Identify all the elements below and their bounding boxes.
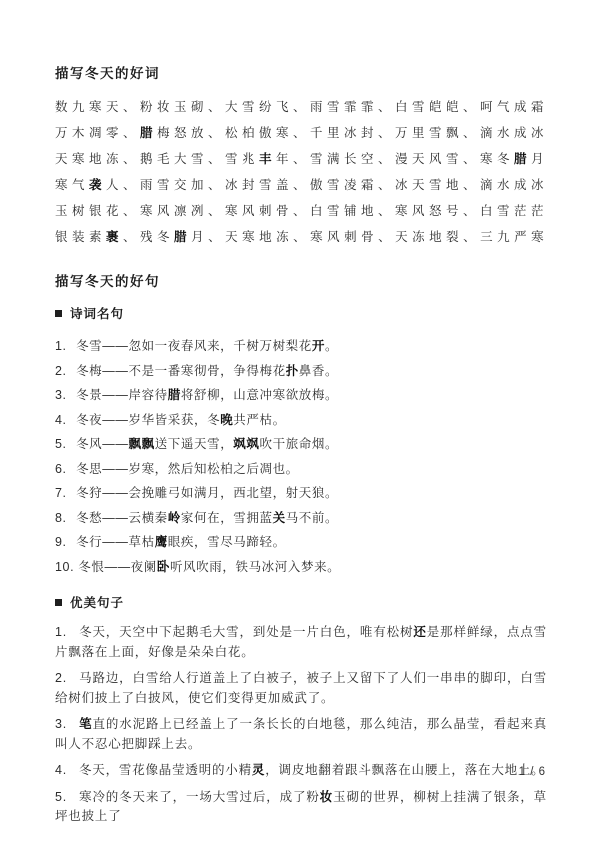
section-title-good-sentences: 描写冬天的好句 <box>55 270 547 290</box>
item-text: 冬景——岸容待腊将舒柳，山意冲寒欲放梅。 <box>76 388 338 402</box>
section-title-good-words: 描写冬天的好词 <box>55 62 547 82</box>
item-number: 4. <box>55 408 72 433</box>
item-text: 冬行——草枯鹰眼疾，雪尽马蹄轻。 <box>76 535 286 549</box>
item-number: 5. <box>55 432 72 457</box>
subsection-heading-label: 诗词名句 <box>70 304 124 322</box>
item-text: 冬梅——不是一番寒彻骨，争得梅花扑鼻香。 <box>76 364 338 378</box>
item-text: 冬夜——岁华皆采获，冬晚共严枯。 <box>76 413 286 427</box>
item-number: 4. <box>55 761 79 781</box>
bullet-square-icon <box>55 310 62 317</box>
item-text: 寒冷的冬天来了，一场大雪过后，成了粉妆玉砌的世界，柳树上挂满了银条，草坪也披上了 <box>55 790 547 824</box>
item-text: 冬狩——会挽雕弓如满月，西北望，射天狼。 <box>76 486 338 500</box>
page-content: 描写冬天的好词 数九寒天、粉妆玉砌、大雪纷飞、雨雪霏霏、白雪皑皑、呵气成霜 万木… <box>55 62 547 834</box>
page-number-indicator: 1 / 6 <box>519 766 546 778</box>
bullet-square-icon <box>55 599 62 606</box>
item-text: 冬天，雪花像晶莹透明的小精灵，调皮地翻着跟斗飘落在山腰上，落在大地上。 <box>79 763 545 777</box>
list-item: 2. 冬梅——不是一番寒彻骨，争得梅花扑鼻香。 <box>55 359 547 384</box>
item-text: 马路边，白雪给人行道盖上了白被子，被子上又留下了人们一串串的脚印，白雪给树们披上… <box>55 671 547 705</box>
item-text: 冬愁——云横秦岭家何在，雪拥蓝关马不前。 <box>76 511 338 525</box>
subsection-heading-poems: 诗词名句 <box>55 304 547 322</box>
item-number: 2. <box>55 669 79 689</box>
item-number: 9. <box>55 530 72 555</box>
word-line: 银装素裹、残冬腊月、天寒地冻、寒风刺骨、天冻地裂、三九严寒 <box>55 224 547 250</box>
list-item: 5.寒冷的冬天来了，一场大雪过后，成了粉妆玉砌的世界，柳树上挂满了银条，草坪也披… <box>55 788 547 827</box>
list-item: 2.马路边，白雪给人行道盖上了白被子，被子上又留下了人们一串串的脚印，白雪给树们… <box>55 669 547 708</box>
item-text: 冬恨——夜阑卧听风吹雨，铁马冰河入梦来。 <box>78 560 340 574</box>
word-list: 数九寒天、粉妆玉砌、大雪纷飞、雨雪霏霏、白雪皑皑、呵气成霜 万木凋零、腊梅怒放、… <box>55 94 547 250</box>
list-item: 8. 冬愁——云横秦岭家何在，雪拥蓝关马不前。 <box>55 506 547 531</box>
list-item: 4.冬天，雪花像晶莹透明的小精灵，调皮地翻着跟斗飘落在山腰上，落在大地上。 <box>55 761 547 781</box>
list-item: 4. 冬夜——岁华皆采获，冬晚共严枯。 <box>55 408 547 433</box>
item-number: 10. <box>55 555 74 580</box>
item-number: 5. <box>55 788 79 808</box>
subsection-heading-label: 优美句子 <box>70 593 124 611</box>
list-item: 3. 冬景——岸容待腊将舒柳，山意冲寒欲放梅。 <box>55 383 547 408</box>
list-item: 1.冬天，天空中下起鹅毛大雪，到处是一片白色，唯有松树还是那样鲜绿，点点雪片飘落… <box>55 623 547 662</box>
list-item: 9. 冬行——草枯鹰眼疾，雪尽马蹄轻。 <box>55 530 547 555</box>
item-number: 7. <box>55 481 72 506</box>
item-number: 3. <box>55 383 72 408</box>
item-text: 冬雪——忽如一夜春风来，千树万树梨花开。 <box>76 339 338 353</box>
item-text: 冬思——岁寒，然后知松柏之后凋也。 <box>76 462 299 476</box>
list-item: 3.笔直的水泥路上已经盖上了一条长长的白地毯，那么纯洁，那么晶莹，看起来真叫人不… <box>55 715 547 754</box>
list-item: 6. 冬思——岁寒，然后知松柏之后凋也。 <box>55 457 547 482</box>
item-number: 8. <box>55 506 72 531</box>
word-line: 万木凋零、腊梅怒放、松柏傲寒、千里冰封、万里雪飘、滴水成冰 <box>55 120 547 146</box>
list-item: 10. 冬恨——夜阑卧听风吹雨，铁马冰河入梦来。 <box>55 555 547 580</box>
item-number: 1. <box>55 623 79 643</box>
item-number: 6. <box>55 457 72 482</box>
item-text: 冬风——飘飘送下遥天雪，飒飒吹干旅命烟。 <box>76 437 338 451</box>
list-item: 1. 冬雪——忽如一夜春风来，千树万树梨花开。 <box>55 334 547 359</box>
item-number: 2. <box>55 359 72 384</box>
word-line: 数九寒天、粉妆玉砌、大雪纷飞、雨雪霏霏、白雪皑皑、呵气成霜 <box>55 94 547 120</box>
list-item: 5. 冬风——飘飘送下遥天雪，飒飒吹干旅命烟。 <box>55 432 547 457</box>
item-number: 3. <box>55 715 79 735</box>
document-page: 描写冬天的好词 数九寒天、粉妆玉砌、大雪纷飞、雨雪霏霏、白雪皑皑、呵气成霜 万木… <box>0 0 600 848</box>
subsection-heading-pretty-sentences: 优美句子 <box>55 593 547 611</box>
item-text: 冬天，天空中下起鹅毛大雪，到处是一片白色，唯有松树还是那样鲜绿，点点雪片飘落在上… <box>55 625 547 659</box>
pretty-sentence-list: 1.冬天，天空中下起鹅毛大雪，到处是一片白色，唯有松树还是那样鲜绿，点点雪片飘落… <box>55 623 547 827</box>
list-item: 7. 冬狩——会挽雕弓如满月，西北望，射天狼。 <box>55 481 547 506</box>
word-line: 玉树银花、寒风凛冽、寒风刺骨、白雪铺地、寒风怒号、白雪茫茫 <box>55 198 547 224</box>
poem-list: 1. 冬雪——忽如一夜春风来，千树万树梨花开。 2. 冬梅——不是一番寒彻骨，争… <box>55 334 547 579</box>
item-number: 1. <box>55 334 72 359</box>
word-line: 寒气袭人、雨雪交加、冰封雪盖、傲雪凌霜、冰天雪地、滴水成冰 <box>55 172 547 198</box>
item-text: 笔直的水泥路上已经盖上了一条长长的白地毯，那么纯洁，那么晶莹，看起来真叫人不忍心… <box>55 717 547 751</box>
word-line: 天寒地冻、鹅毛大雪、雪兆丰年、雪满长空、漫天风雪、寒冬腊月 <box>55 146 547 172</box>
